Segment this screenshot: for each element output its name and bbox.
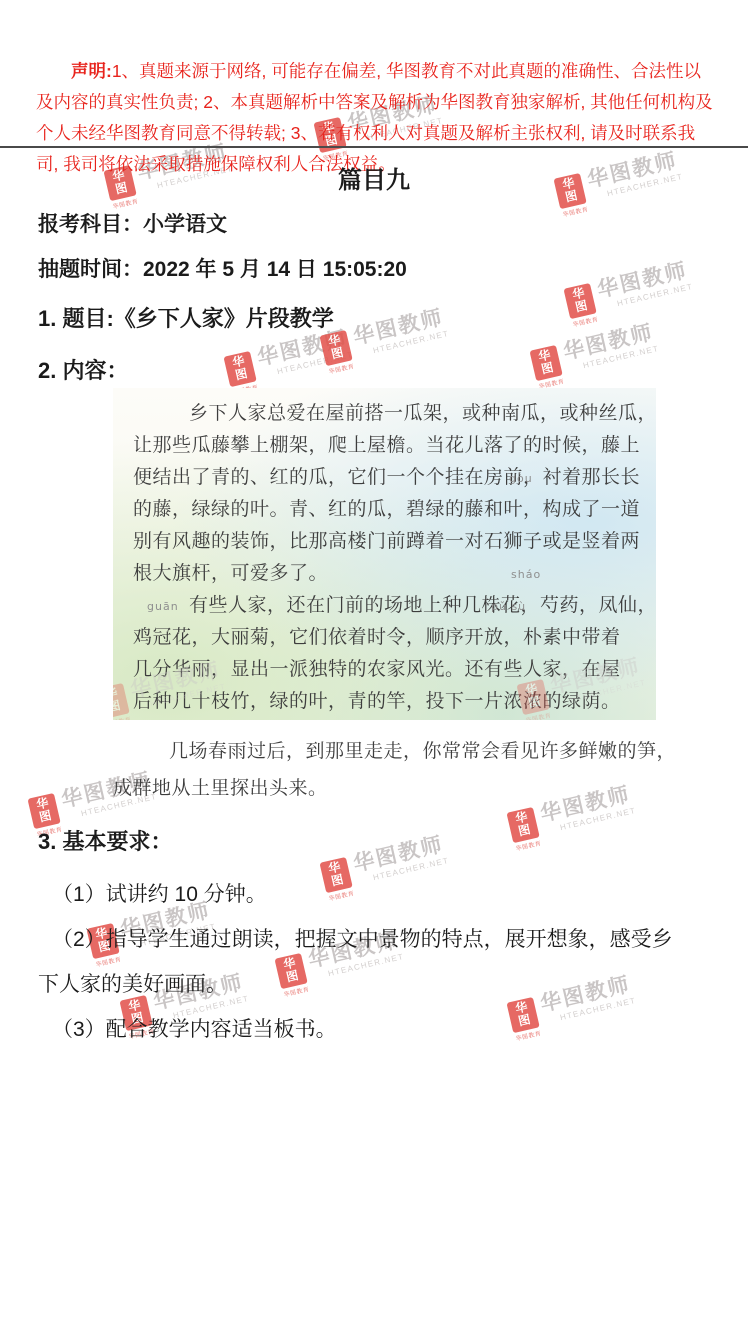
requirement-item: （2）指导学生通过朗读，把握文中景物的特点，展开想象，感受乡下人家的美好画面。 — [38, 917, 676, 1007]
pinyin-annotation: guān — [147, 600, 179, 613]
huatu-logo-icon: 华图 华图教育 — [506, 807, 539, 843]
passage-line: 根大旗杆，可爱多了。 — [133, 557, 638, 589]
huatu-logo-icon: 华图 华图教育 — [113, 683, 130, 719]
passage-line: 便结出了青的、红的瓜，它们一个个挂在房前，衬着那长长 — [133, 461, 638, 493]
passage-line: 的藤，绿绿的叶。青、红的瓜，碧绿的藤和叶，构成了一道 — [133, 493, 638, 525]
huatu-watermark: 华图 华图教育 华图教师 HTEACHER.NET — [529, 322, 661, 388]
draw-time: 抽题时间：2022 年 5 月 14 日 15:05:20 — [38, 253, 407, 283]
passage-tail-line: 几场春雨过后，到那里走走，你常常会看见许多鲜嫩的笋， — [113, 733, 658, 770]
requirement-item: （1）试讲约 10 分钟。 — [38, 872, 676, 917]
document-page: 华图 华图教育 华图教师 HTEACHER.NET 华图 华图教育 华图教师 H… — [0, 0, 748, 1335]
pinyin-annotation: gòu — [509, 472, 533, 485]
section-question-title: 1. 题目:《乡下人家》片段教学 — [38, 302, 334, 333]
textbook-scan-image: 乡下人家总爱在屋前搭一瓜架，或种南瓜，或种丝瓜，让那些瓜藤攀上棚架，爬上屋檐。当… — [113, 388, 656, 720]
requirement-item: （3）配合教学内容适当板书。 — [38, 1007, 676, 1052]
watermark-text: 华图教师 HTEACHER.NET — [560, 316, 660, 374]
exam-subject: 报考科目：小学语文 — [38, 208, 227, 238]
passage-tail-line: 成群地从土里探出头来。 — [113, 770, 658, 807]
disclaimer-text: 1、真题来源于网络, 可能存在偏差, 华图教育不对此真题的准确性、合法性以及内容… — [36, 61, 713, 174]
huatu-watermark: 华图 华图教育 华图教师 HTEACHER.NET — [223, 328, 355, 394]
page-title: 篇目九 — [0, 160, 748, 195]
section-content-label: 2. 内容： — [38, 354, 128, 385]
watermark-domain-text: HTEACHER.NET — [559, 806, 637, 832]
watermark-domain-text: HTEACHER.NET — [616, 282, 694, 308]
disclaimer-label: 声明: — [71, 61, 112, 81]
huatu-logo-tagline: 华图教育 — [328, 361, 356, 380]
pinyin-annotation: pǔ sù — [491, 600, 526, 613]
watermark-text: 华图教师 HTEACHER.NET — [350, 301, 450, 359]
watermark-domain-text: HTEACHER.NET — [372, 329, 450, 355]
huatu-logo-icon: 华图 华图教育 — [27, 793, 60, 829]
watermark-text: 华图教师 HTEACHER.NET — [594, 254, 694, 312]
passage-line: 让那些瓜藤攀上棚架，爬上屋檐。当花儿落了的时候，藤上 — [133, 429, 638, 461]
passage-line: 鸡冠花，大丽菊，它们依着时令，顺序开放，朴素中带着 — [133, 621, 638, 653]
huatu-logo-tagline: 华图教育 — [113, 714, 133, 720]
pinyin-annotation: sháo — [511, 568, 541, 581]
watermark-brand-text: 华图教师 — [350, 301, 448, 351]
huatu-logo-tagline: 华图教育 — [572, 314, 600, 333]
watermark-brand-text: 华图教师 — [350, 828, 448, 878]
passage-line: 乡下人家总爱在屋前搭一瓜架，或种南瓜，或种丝瓜， — [133, 397, 638, 429]
passage-text: 乡下人家总爱在屋前搭一瓜架，或种南瓜，或种丝瓜，让那些瓜藤攀上棚架，爬上屋檐。当… — [133, 397, 638, 717]
watermark-brand-text: 华图教师 — [560, 316, 658, 366]
passage-line: 后种几十枝竹，绿的叶，青的竿，投下一片浓浓的绿荫。 — [133, 685, 638, 717]
passage-line: 有些人家，还在门前的场地上种几株花，芍药，凤仙， — [133, 589, 638, 621]
passage-tail: 几场春雨过后，到那里走走，你常常会看见许多鲜嫩的笋，成群地从土里探出头来。 — [113, 733, 658, 807]
huatu-logo-icon: 华图 华图教育 — [563, 283, 596, 319]
huatu-watermark: 华图 华图教育 华图教师 HTEACHER.NET — [319, 307, 451, 373]
huatu-logo-icon: 华图 华图教育 — [319, 330, 352, 366]
horizontal-divider — [0, 146, 748, 148]
huatu-watermark: 华图 华图教育 华图教师 HTEACHER.NET — [563, 260, 695, 326]
watermark-domain-text: HTEACHER.NET — [582, 344, 660, 370]
watermark-domain-text: HTEACHER.NET — [276, 350, 354, 376]
huatu-logo-tagline: 华图教育 — [562, 204, 590, 223]
passage-line: 别有风趣的装饰，比那高楼门前蹲着一对石狮子或是竖着两 — [133, 525, 638, 557]
watermark-brand-text: 华图教师 — [594, 254, 692, 304]
huatu-logo-icon: 华图 华图教育 — [223, 351, 256, 387]
huatu-logo-tagline: 华图教育 — [515, 838, 543, 857]
passage-line: 几分华丽，显出一派独特的农家风光。还有些人家，在屋 — [133, 653, 638, 685]
huatu-logo-icon: 华图 华图教育 — [529, 345, 562, 381]
section-requirements-title: 3. 基本要求： — [38, 825, 172, 856]
